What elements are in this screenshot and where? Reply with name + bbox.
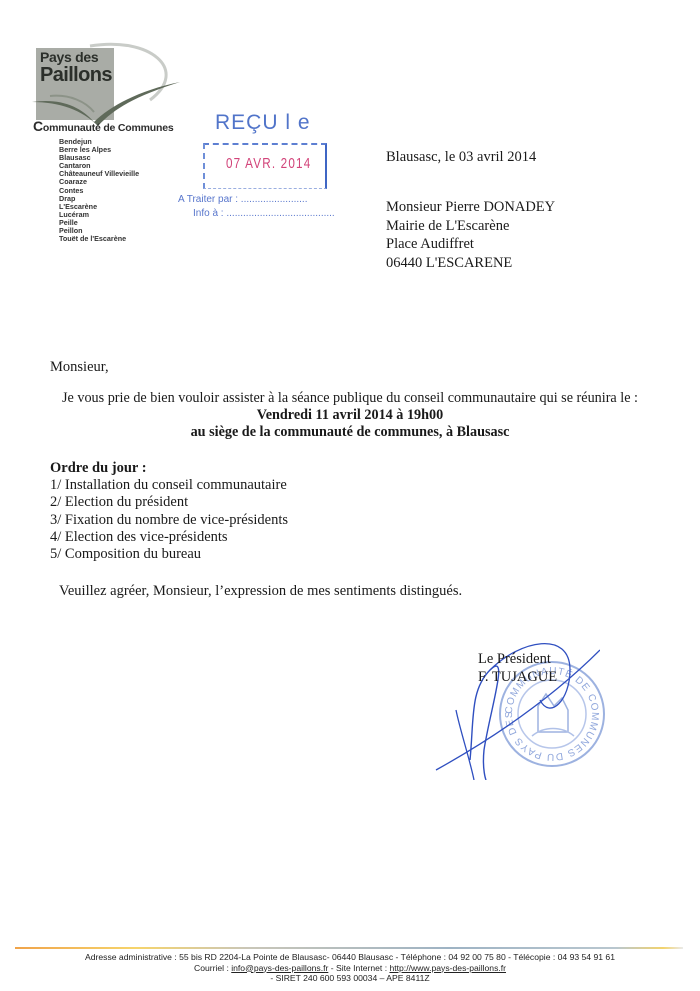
meeting-date: Vendredi 11 avril 2014 à 19h00 — [0, 407, 700, 424]
footer-contact: Adresse administrative : 55 bis RD 2204-… — [0, 952, 700, 984]
signatory-block: Le Président F. TUJAGUE — [478, 650, 557, 686]
logo-subtitle: Communauté de Communes — [33, 118, 174, 134]
member-communes-list: Bendejun Berre les Alpes Blausasc Cantar… — [59, 138, 139, 243]
recipient-street: Place Audiffret — [386, 235, 555, 254]
footer-divider — [15, 947, 683, 949]
recipient-organization: Mairie de L'Escarène — [386, 217, 555, 236]
footer-siret: - SIRET 240 600 593 00034 – APE 8411Z — [0, 973, 700, 984]
closing-formula: Veuillez agréer, Monsieur, l’expression … — [59, 583, 462, 600]
agenda-item: 5/ Composition du bureau — [50, 546, 288, 563]
recipient-city: 06440 L'ESCARENE — [386, 254, 555, 273]
agenda-item: 3/ Fixation du nombre de vice-présidents — [50, 512, 288, 529]
footer-address: Adresse administrative : 55 bis RD 2204-… — [0, 952, 700, 963]
invitation-text: Je vous prie de bien vouloir assister à … — [0, 390, 700, 407]
website-link[interactable]: http://www.pays-des-paillons.fr — [389, 963, 506, 973]
logo-wordmark: Pays des Paillons — [40, 50, 112, 85]
stamp-info-to: Info à : ...............................… — [193, 208, 335, 219]
stamp-handled-by: A Traiter par : ........................ — [178, 194, 307, 205]
invitation-paragraph: Je vous prie de bien vouloir assister à … — [0, 390, 700, 441]
agenda-item: 4/ Election des vice-présidents — [50, 529, 288, 546]
agenda-item: 2/ Election du président — [50, 494, 288, 511]
letter-place-date: Blausasc, le 03 avril 2014 — [386, 149, 536, 166]
recipient-name: Monsieur Pierre DONADEY — [386, 198, 555, 217]
commune-item: Touët de l'Escarène — [59, 235, 139, 243]
agenda-item: 1/ Installation du conseil communautaire — [50, 477, 288, 494]
salutation: Monsieur, — [50, 359, 109, 376]
signatory-title: Le Président — [478, 650, 557, 668]
agenda-list: 1/ Installation du conseil communautaire… — [50, 477, 288, 563]
recipient-address: Monsieur Pierre DONADEY Mairie de L'Esca… — [386, 198, 555, 272]
meeting-place: au siège de la communauté de communes, à… — [0, 424, 700, 441]
agenda-title: Ordre du jour : — [50, 460, 288, 477]
agenda: Ordre du jour : 1/ Installation du conse… — [50, 460, 288, 563]
signatory-name: F. TUJAGUE — [478, 668, 557, 686]
organization-logo: Pays des Paillons — [30, 40, 190, 120]
email-link[interactable]: info@pays-des-paillons.fr — [231, 963, 328, 973]
received-stamp-title: REÇU l e — [215, 111, 311, 135]
footer-contact-line: Courriel : info@pays-des-paillons.fr - S… — [0, 963, 700, 974]
received-stamp-date: 07 AVR. 2014 — [226, 155, 311, 172]
